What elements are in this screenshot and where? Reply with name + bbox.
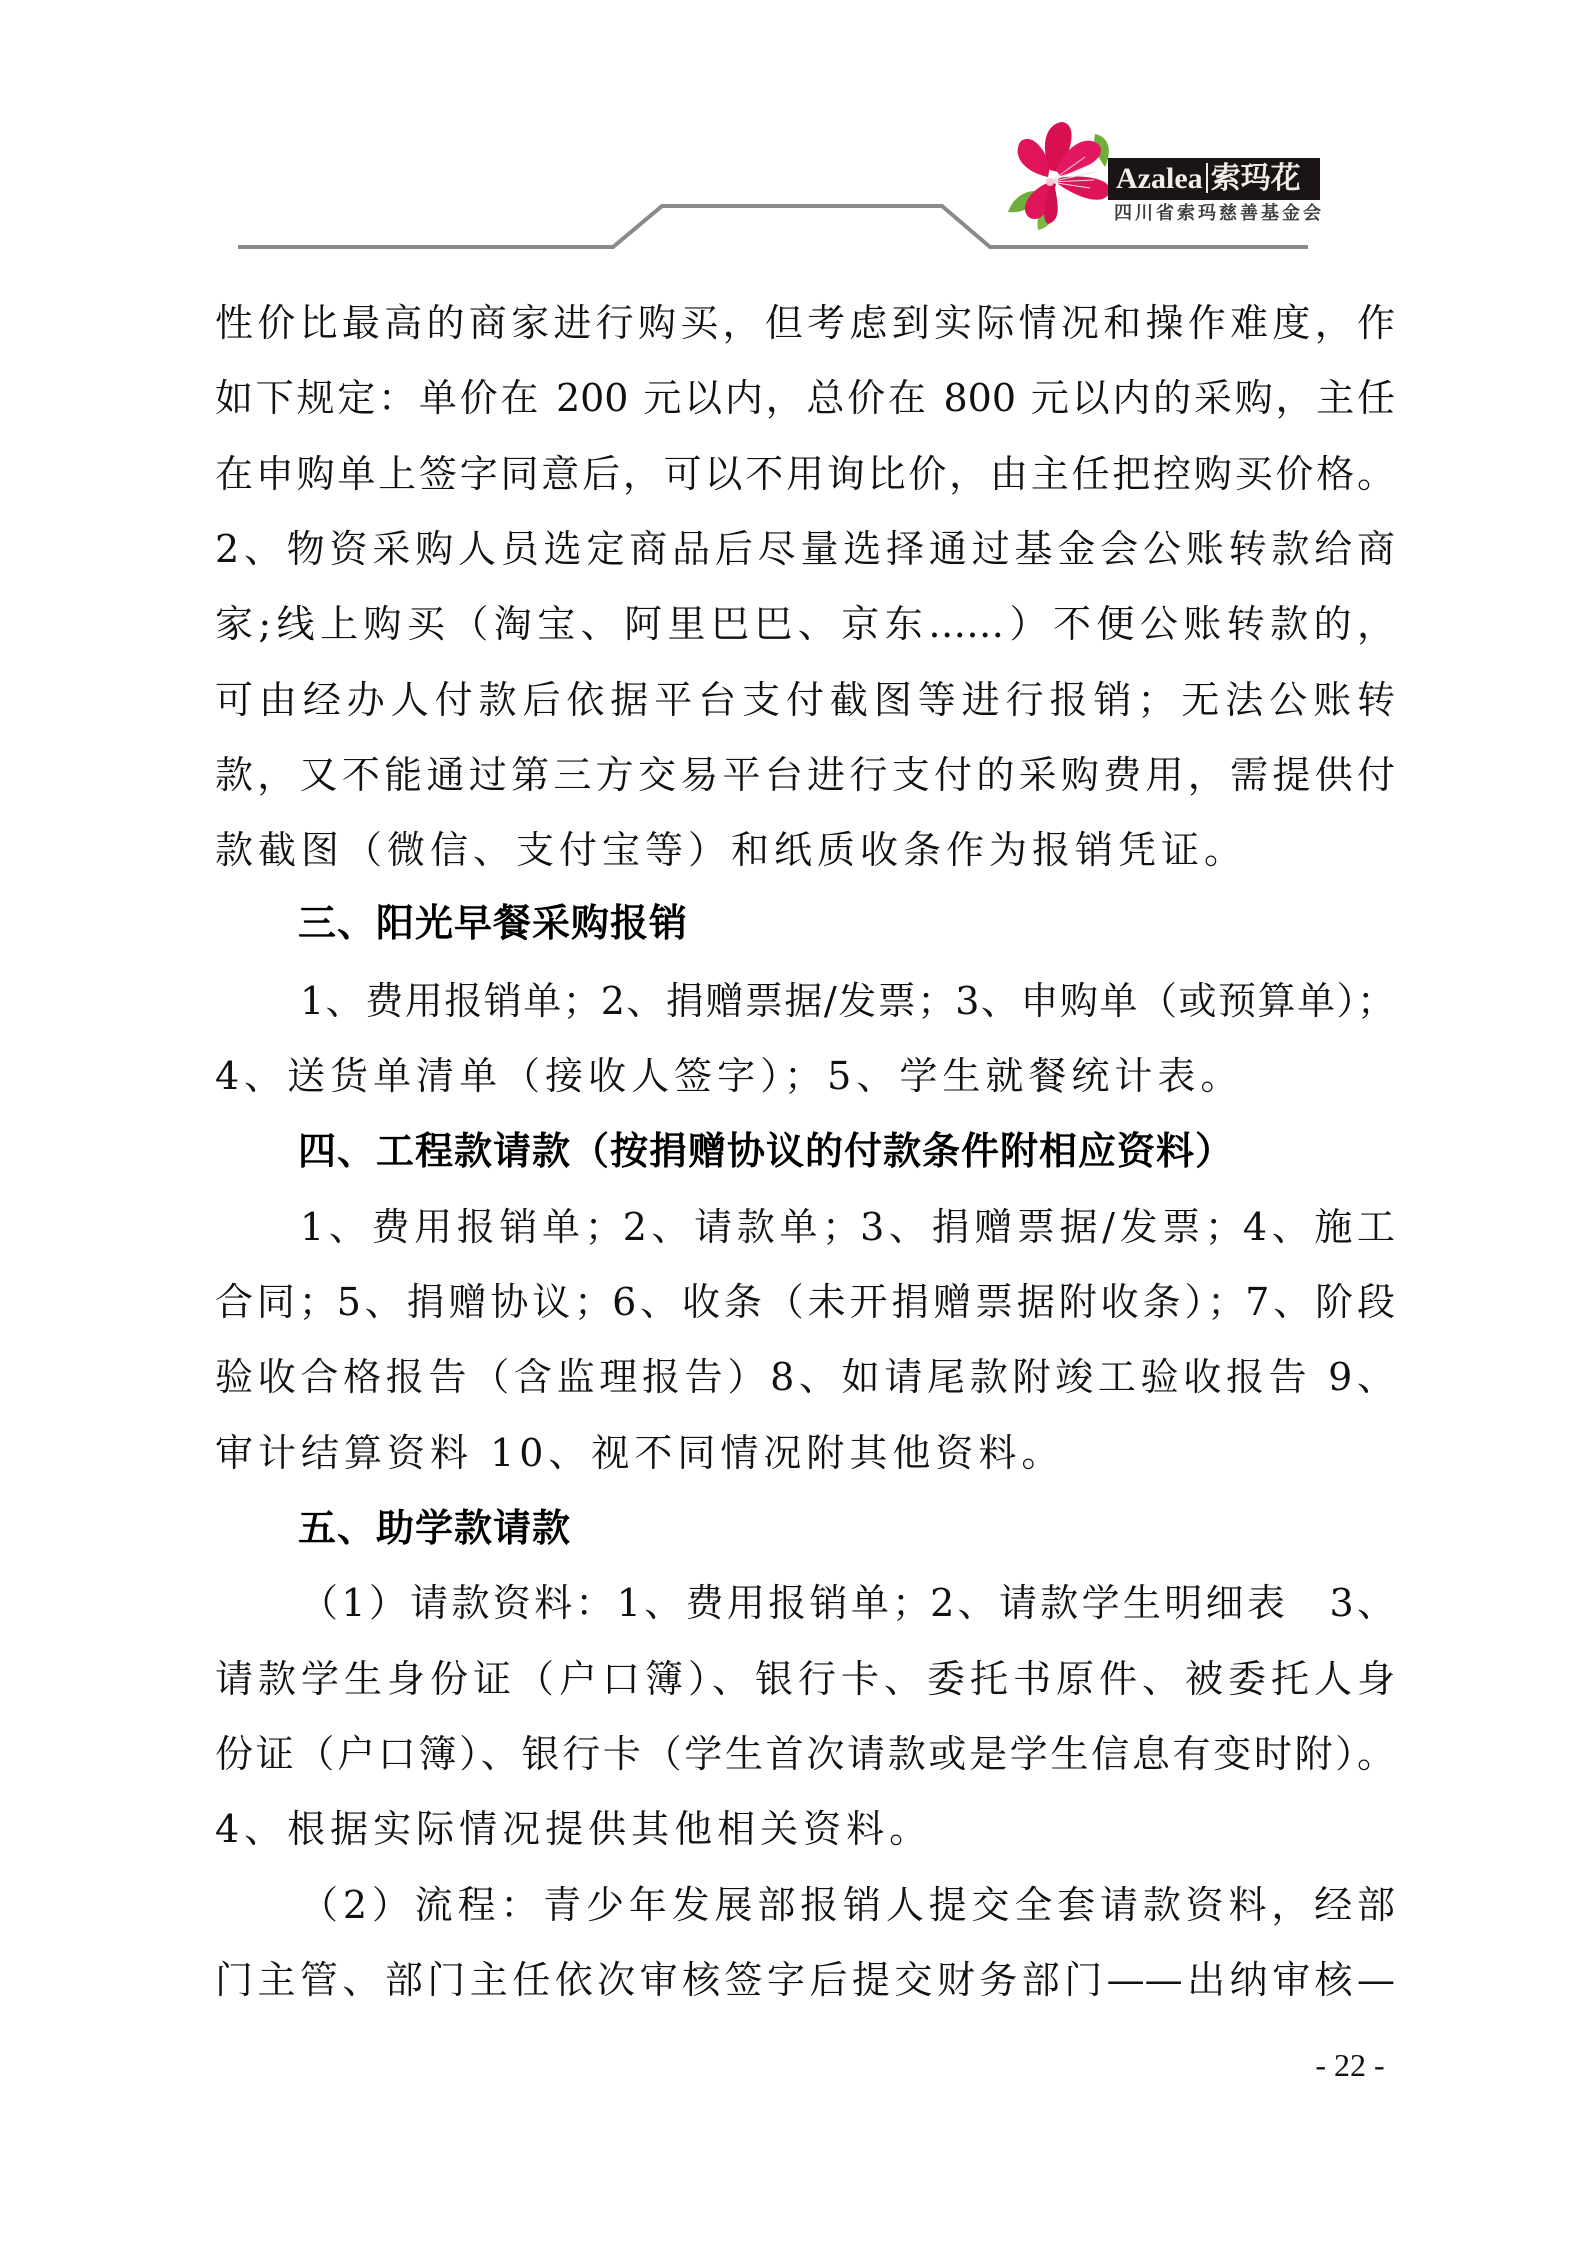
logo-brand-en: Azalea [1116,162,1203,195]
body-line: 4、送货单清单（接收人签字）；5、学生就餐统计表。 [215,1051,1395,1101]
section-heading-construction: 四、工程款请款（按捐赠协议的付款条件附相应资料） [298,1126,1234,1176]
body-line: 款，又不能通过第三方交易平台进行支付的采购费用，需提供付 [215,750,1395,800]
logo-brand-bar: Azalea索玛花 [1108,158,1320,200]
body-line: 在申购单上签字同意后，可以不用询比价，由主任把控购买价格。 [215,449,1395,499]
body-line: 如下规定：单价在 200 元以内，总价在 800 元以内的采购，主任 [215,373,1395,423]
logo-brand-cn: 索玛花 [1211,162,1301,195]
body-line: 4、根据实际情况提供其他相关资料。 [215,1804,1395,1854]
section-heading-breakfast: 三、阳光早餐采购报销 [298,898,688,948]
body-line: 1、费用报销单；2、请款单；3、捐赠票据/发票；4、施工 [300,1202,1395,1252]
header-rule [0,0,1587,260]
logo-organization-name: 四川省索玛慈善基金会 [1108,202,1320,226]
page-number: - 22 - [1300,2045,1400,2085]
body-line: 款截图（微信、支付宝等）和纸质收条作为报销凭证。 [215,825,1395,875]
section-heading-scholarship: 五、助学款请款 [298,1503,571,1553]
body-line: 可由经办人付款后依据平台支付截图等进行报销；无法公账转 [215,675,1395,725]
body-line: 请款学生身份证（户口簿）、银行卡、委托书原件、被委托人身 [215,1654,1395,1704]
body-line: 合同；5、捐赠协议；6、收条（未开捐赠票据附收条）；7、阶段 [215,1277,1395,1327]
azalea-flower-icon [1000,112,1125,237]
body-line: 性价比最高的商家进行购买，但考虑到实际情况和操作难度，作 [215,298,1395,348]
foundation-logo: Azalea索玛花 四川省索玛慈善基金会 [1000,112,1330,237]
body-line: 份证（户口簿）、银行卡（学生首次请款或是学生信息有变时附）。 [215,1729,1395,1779]
body-line: 审计结算资料 10、视不同情况附其他资料。 [215,1428,1395,1478]
body-line: 门主管、部门主任依次审核签字后提交财务部门——出纳审核— [215,1955,1395,2005]
body-line: 验收合格报告（含监理报告）8、如请尾款附竣工验收报告 9、 [215,1352,1395,1402]
body-line: （1）请款资料：1、费用报销单；2、请款学生明细表 3、 [300,1578,1395,1628]
body-line: 家;线上购买（淘宝、阿里巴巴、京东……）不便公账转款的， [215,599,1395,649]
body-line: 2、物资采购人员选定商品后尽量选择通过基金会公账转款给商 [215,524,1395,574]
logo-separator [1206,163,1208,193]
body-line: （2）流程：青少年发展部报销人提交全套请款资料，经部 [300,1880,1395,1930]
body-line: 1、费用报销单；2、捐赠票据/发票；3、申购单（或预算单）； [300,976,1395,1026]
document-page: Azalea索玛花 四川省索玛慈善基金会 性价比最高的商家进行购买，但考虑到实际… [0,0,1587,2245]
